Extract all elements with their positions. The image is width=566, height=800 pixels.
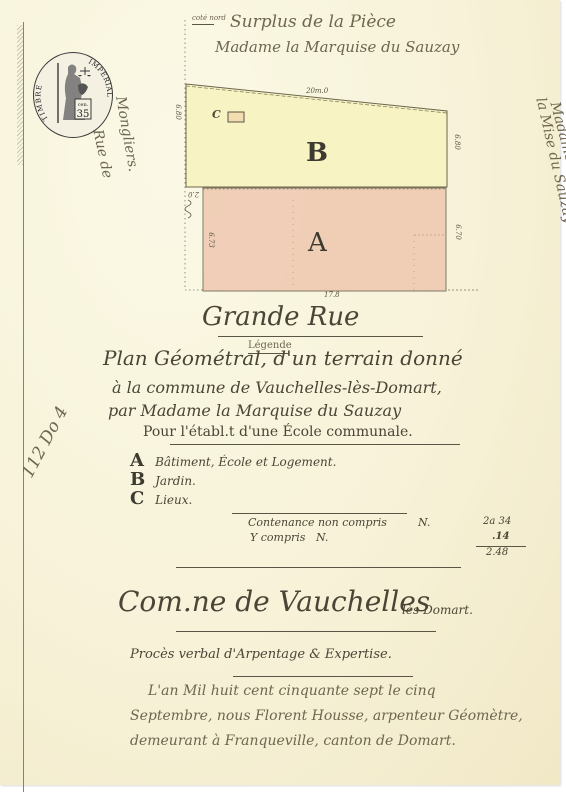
title-line-2: à la commune de Vauchelles-lès-Domart, bbox=[112, 378, 442, 397]
contenance-line1-value: 2a 34 bbox=[483, 516, 511, 527]
dim-right-b: 6.80 bbox=[453, 134, 461, 150]
title-underline bbox=[170, 444, 460, 445]
title-line-3: par Madame la Marquise du Sauzay bbox=[108, 401, 401, 420]
proces-verbal-underline bbox=[233, 676, 413, 677]
parcel-c-label: C bbox=[212, 108, 221, 121]
legend-item: B Jardin. bbox=[130, 469, 336, 488]
contenance-total: 2.48 bbox=[486, 547, 508, 558]
title-line-4: Pour l'établ.t d'une École communale. bbox=[143, 424, 413, 440]
commune-heading: Com.ne de Vauchelles bbox=[118, 585, 430, 618]
contenance-line2-value: .14 bbox=[492, 531, 509, 542]
map-top-label-1: Surplus de la Pièce bbox=[230, 12, 396, 32]
contenance-line1-label: Contenance non compris bbox=[248, 516, 387, 529]
map-top-prefix: coté nord bbox=[192, 14, 226, 22]
title-line-1: Plan Géométral, d'un terrain donné bbox=[103, 346, 463, 370]
contenance-line1-abbr: N. bbox=[418, 516, 430, 529]
commune-suffix: lès-Domart. bbox=[402, 603, 473, 617]
body-line-1: L'an Mil huit cent cinquante sept le cin… bbox=[148, 683, 436, 699]
marginal-note: 112 Do 4 bbox=[18, 403, 72, 481]
legend-letter: B bbox=[130, 469, 150, 490]
parcel-a-label: A bbox=[308, 228, 327, 258]
contenance-top-rule bbox=[232, 513, 407, 514]
commune-underline bbox=[176, 631, 436, 632]
proces-verbal-heading: Procès verbal d'Arpentage & Expertise. bbox=[130, 647, 392, 662]
contenance-line2-abbr: N. bbox=[316, 531, 328, 544]
map-bottom-label: Grande Rue bbox=[202, 302, 359, 332]
parcel-b-label: B bbox=[306, 138, 328, 168]
contenance-line2-label: Y compris bbox=[250, 531, 305, 544]
legend-item: C Lieux. bbox=[130, 488, 336, 507]
legend-bottom-rule bbox=[176, 567, 461, 568]
legend-item: A Bâtiment, École et Logement. bbox=[130, 450, 336, 469]
dim-top: 20m.0 bbox=[306, 87, 328, 95]
dim-left-a: 6.73 bbox=[207, 232, 215, 248]
dim-bottom: 17.8 bbox=[324, 291, 340, 299]
legend-letter: C bbox=[130, 488, 150, 509]
body-line-2: Septembre, nous Florent Housse, arpenteu… bbox=[130, 708, 523, 724]
body-line-3: demeurant à Franqueville, canton de Doma… bbox=[130, 733, 456, 749]
dim-offset: 2.0 bbox=[188, 190, 199, 198]
map-top-label-2: Madame la Marquise du Sauzay bbox=[215, 38, 459, 56]
document-page: cen. 35 TIMBRE IMPERIAL bbox=[0, 0, 560, 785]
prefix-underline bbox=[192, 24, 214, 25]
legend-letter: A bbox=[130, 450, 150, 471]
dim-left-b: 6.80 bbox=[174, 104, 182, 120]
legend-label: Bâtiment, École et Logement. bbox=[155, 455, 336, 469]
grande-rue-underline bbox=[218, 336, 423, 337]
dim-right-a: 6.70 bbox=[454, 224, 462, 240]
legend-label: Jardin. bbox=[155, 474, 196, 488]
legend-label: Lieux. bbox=[155, 493, 192, 507]
legend-list: A Bâtiment, École et Logement. B Jardin.… bbox=[130, 450, 336, 507]
